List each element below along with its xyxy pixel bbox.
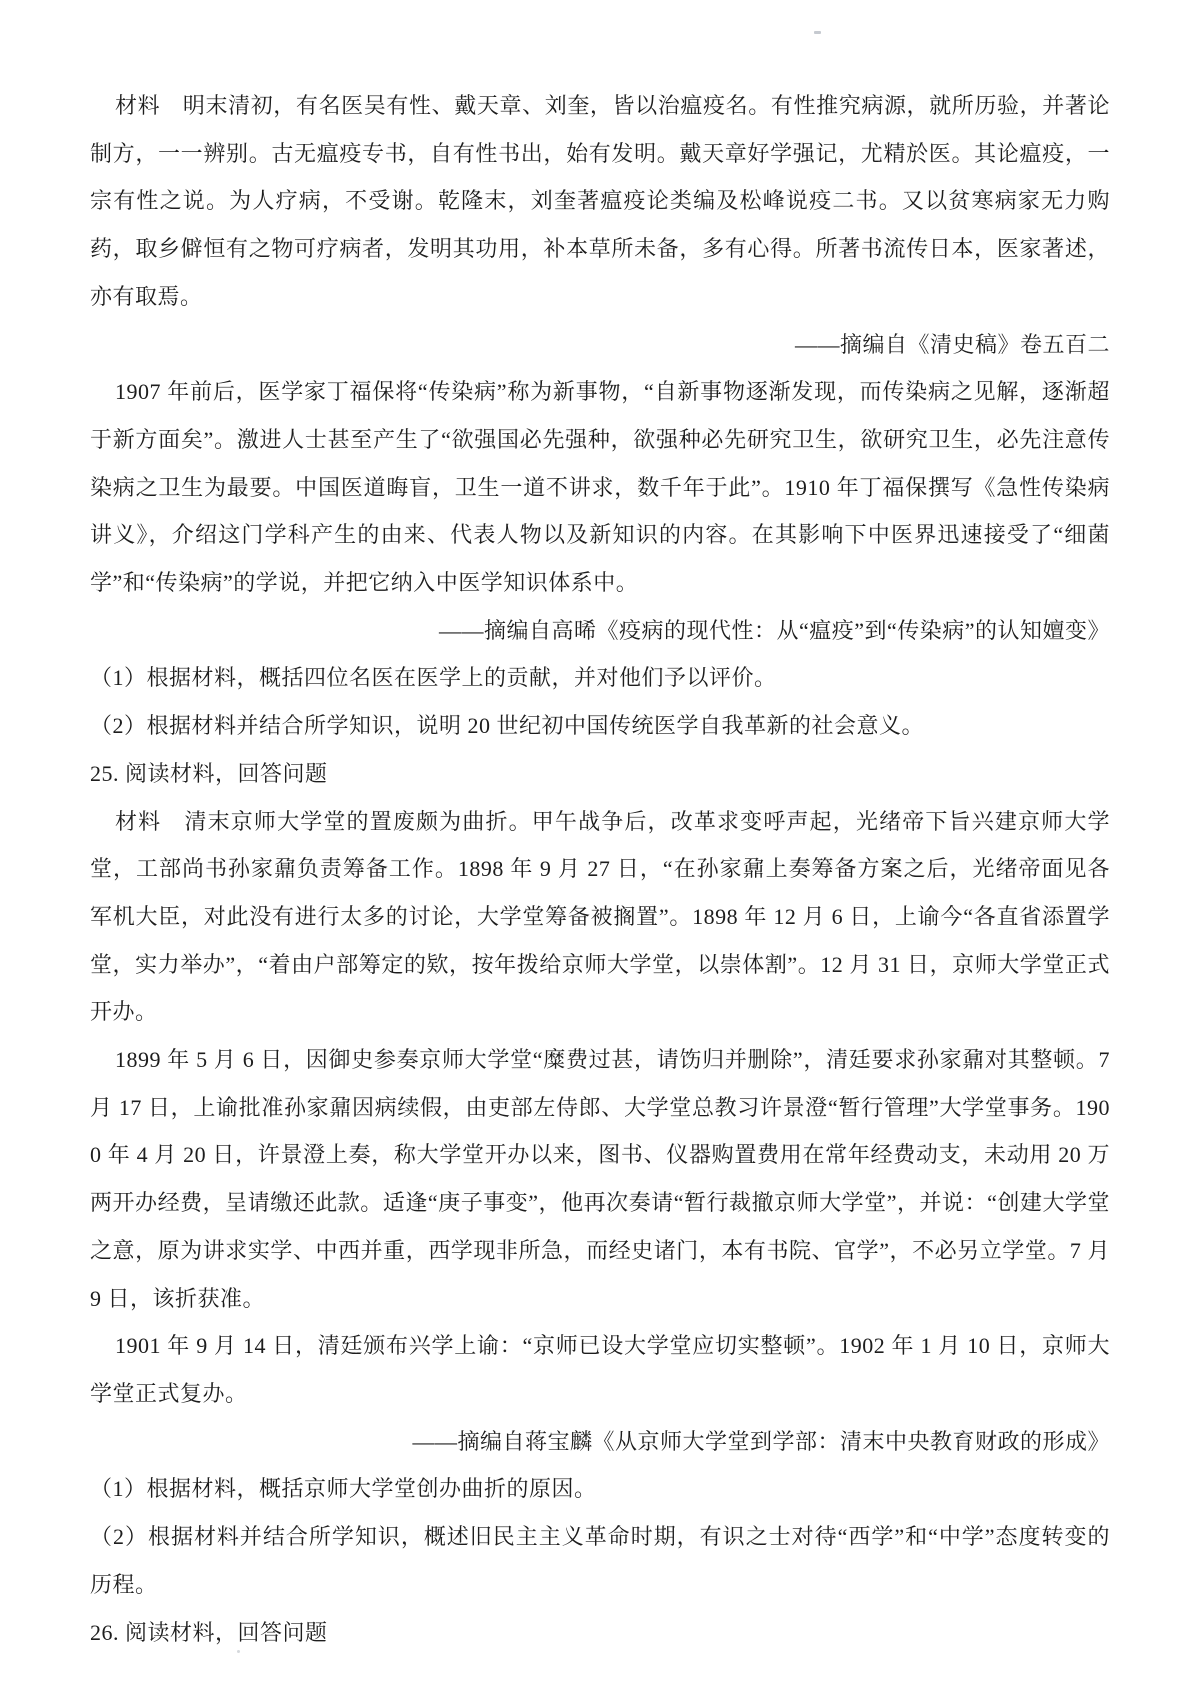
q25-material-paragraph-3: 1901 年 9 月 14 日，清廷颁布兴学上谕：“京师已设大学堂应切实整顿”。… [90,1322,1110,1417]
scan-artifact-top [814,31,821,34]
q25-material-paragraph-2: 1899 年 5 月 6 日，因御史参奏京师大学堂“糜费过甚，请饬归并删除”，清… [90,1036,1110,1322]
document-content: 材料 明末清初，有名医吴有性、戴天章、刘奎，皆以治瘟疫名。有性推究病源，就所历验… [90,82,1110,1656]
q26-heading: 26. 阅读材料，回答问题 [90,1609,1110,1657]
q24-sub-question-1: （1）根据材料，概括四位名医在医学上的贡献，并对他们予以评价。 [90,654,1110,702]
q25-material-source: ——摘编自蒋宝麟《从京师大学堂到学部：清末中央教育财政的形成》 [90,1418,1110,1466]
q24-material-paragraph-2: 1907 年前后，医学家丁福保将“传染病”称为新事物，“自新事物逐渐发现，而传染… [90,368,1110,607]
q25-material-paragraph-1: 材料 清末京师大学堂的置废颇为曲折。甲午战争后，改革求变呼声起，光绪帝下旨兴建京… [90,798,1110,1037]
q24-material-paragraph-1: 材料 明末清初，有名医吴有性、戴天章、刘奎，皆以治瘟疫名。有性推究病源，就所历验… [90,82,1110,321]
document-page: 材料 明末清初，有名医吴有性、戴天章、刘奎，皆以治瘟疫名。有性推究病源，就所历验… [0,0,1200,1698]
q25-sub-question-2: （2）根据材料并结合所学知识，概述旧民主主义革命时期，有识之士对待“西学”和“中… [90,1513,1110,1608]
q25-sub-question-1: （1）根据材料，概括京师大学堂创办曲折的原因。 [90,1465,1110,1513]
q24-sub-question-2: （2）根据材料并结合所学知识，说明 20 世纪初中国传统医学自我革新的社会意义。 [90,702,1110,750]
q24-material-source-1: ——摘编自《清史稿》卷五百二 [90,321,1110,369]
q24-material-source-2: ——摘编自高晞《疫病的现代性：从“瘟疫”到“传染病”的认知嬗变》 [90,607,1110,655]
q25-heading: 25. 阅读材料，回答问题 [90,750,1110,798]
